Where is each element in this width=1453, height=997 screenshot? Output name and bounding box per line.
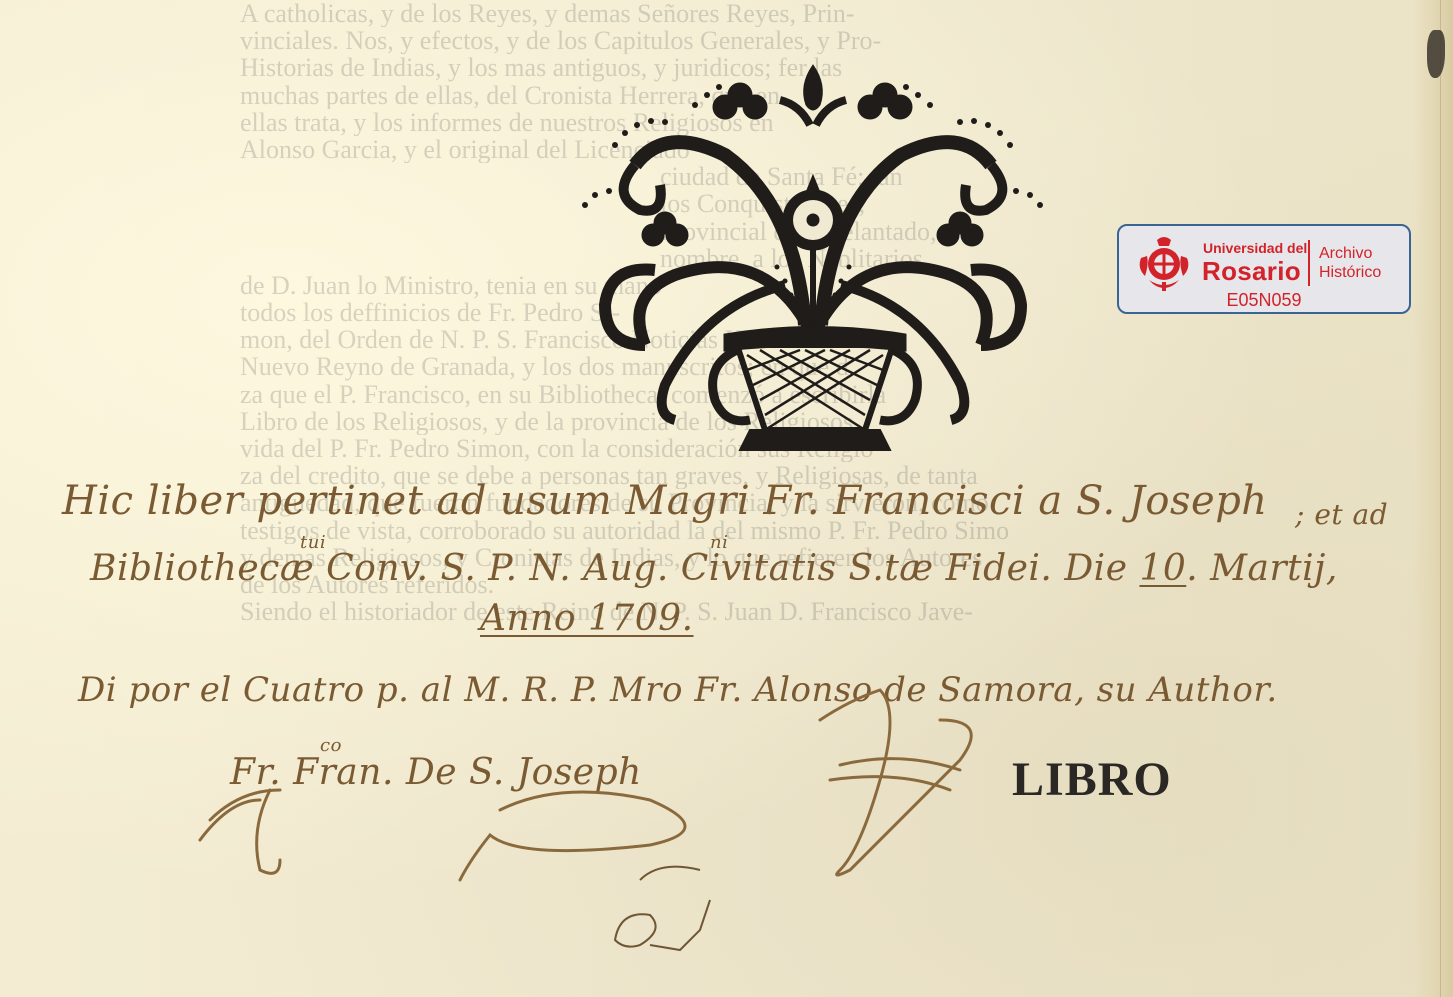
stamp-department-line-1: Archivo [1319, 244, 1381, 263]
printed-word-libro: LIBRO [1012, 752, 1172, 807]
archive-stamp: Universidad del Rosario Archivo Históric… [1117, 224, 1411, 314]
pen-flourish-icon [0, 0, 1453, 997]
university-crest-icon [1135, 234, 1193, 292]
stamp-divider [1308, 240, 1310, 286]
stamp-institution-line-1: Universidad del [1203, 240, 1307, 256]
stamp-institution-line-2: Rosario [1202, 256, 1301, 287]
stamp-code: E05N059 [1119, 290, 1409, 311]
document-page: A catholicas, y de los Reyes, y demas Se… [0, 0, 1453, 997]
stamp-department-line-2: Histórico [1319, 263, 1381, 282]
stamp-department: Archivo Histórico [1319, 244, 1381, 282]
